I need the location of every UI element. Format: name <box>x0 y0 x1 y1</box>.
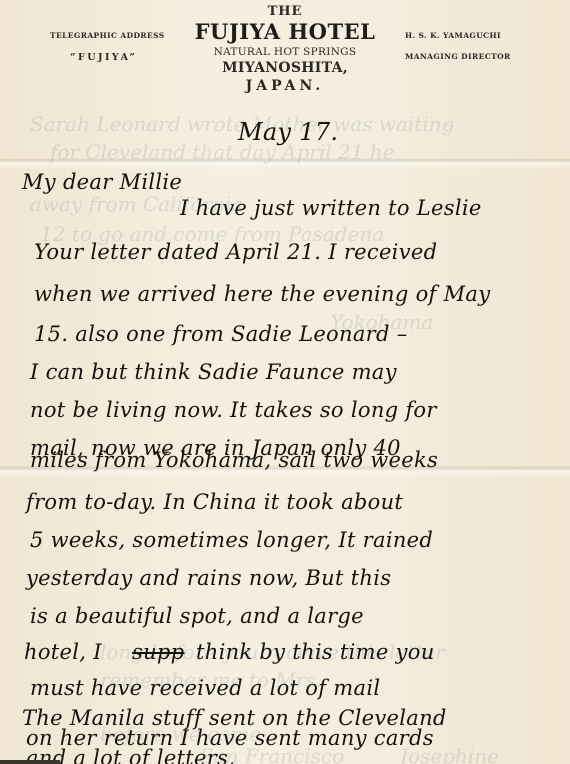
scan-edge <box>0 760 60 764</box>
letter-line: think by this time you <box>196 640 435 664</box>
letter-line: not be living now. It takes so long for <box>30 398 437 422</box>
director-title: MANAGING DIRECTOR <box>405 52 511 61</box>
bleed-through-line: for Cleveland that day April 21 he <box>50 140 395 164</box>
letter-line: must have received a lot of mail <box>30 676 380 700</box>
hotel-country: JAPAN. <box>0 78 570 94</box>
letter-line: I can but think Sadie Faunce may <box>30 360 397 384</box>
letter-line: 15. also one from Sadie Leonard – <box>34 322 408 346</box>
letter-line: yesterday and rains now, But this <box>26 566 391 590</box>
telegraphic-label: TELEGRAPHIC ADDRESS <box>50 31 165 40</box>
salutation: My dear Millie <box>22 170 182 194</box>
crossed-out-word: supp <box>132 640 184 664</box>
letter-line: is a beautiful spot, and a large <box>30 604 364 628</box>
letter-line: from to-day. In China it took about <box>26 490 403 514</box>
letterhead: THE FUJIYA HOTEL NATURAL HOT SPRINGS MIY… <box>0 0 570 100</box>
letter-line: I have just written to Leslie <box>180 196 482 220</box>
letter-line: hotel, I <box>24 640 102 664</box>
telegraphic-value: “FUJIYA” <box>70 52 137 63</box>
letter-line: when we arrived here the evening of May <box>34 282 490 306</box>
letterhead-the: THE <box>0 4 570 19</box>
letter-line: 5 weeks, sometimes longer, It rained <box>30 528 433 552</box>
letter-line: miles from Yokohama, sail two weeks <box>30 448 438 472</box>
director-name: H. S. K. YAMAGUCHI <box>405 31 501 40</box>
letter-date: May 17. <box>238 118 338 146</box>
letter-line: Your letter dated April 21. I received <box>34 240 437 264</box>
